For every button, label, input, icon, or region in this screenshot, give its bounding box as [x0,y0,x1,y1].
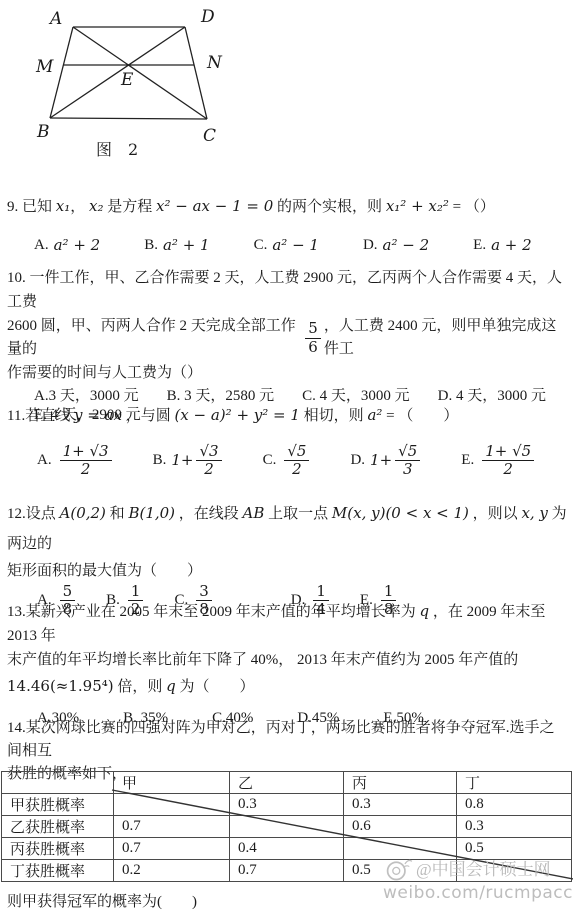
trapezoid-svg: A D M N E B C 图 2 [22,2,237,160]
vertex-label-a: A [48,9,62,29]
q11-option-a: A.1+ √32 [37,443,115,479]
q11-option-c: C.√52 [263,443,313,479]
row-label: 丁获胜概率 [2,860,114,882]
header-empty [2,772,114,794]
q11-option-d: D.1+√53 [350,443,423,479]
q9-option-a: A.a² + 2 [34,234,100,257]
weibo-watermark: @中国会计硕士网 weibo.com/rucmpacc [383,857,573,903]
q14-line1: 14.某次网球比赛的四强对阵为甲对乙，丙对丁，两场比赛的胜者将争夺冠军.选手之间… [7,717,567,763]
question-9: 9. 已知 x₁， x₂ 是方程 x² − ax − 1 = 0 的两个实根，则… [7,195,567,257]
exam-page: { "colors": {"ink": "#1b1b1b", "watermar… [0,0,573,919]
q9-stem: 9. 已知 x₁， x₂ 是方程 x² − ax − 1 = 0 的两个实根，则… [7,195,567,219]
vertex-label-n: N [206,53,223,73]
vertex-label-d: D [200,7,215,27]
diagonal-bd [50,27,185,118]
q13-line3: 14.46(≈1.95⁴) 倍，则 q 为（ ） [7,672,567,701]
q9-options: A.a² + 2 B.a² + 1 C.a² − 1 D.a² − 2 E.a … [7,234,567,257]
vertex-label-c: C [203,126,216,146]
question-13: 13.某新兴产业在 2005 年末至 2009 年末产值的年平均增长率为 q ，… [7,599,567,728]
row-label: 丙获胜概率 [2,838,114,860]
diagonal-ac [73,27,207,119]
vertex-label-m: M [35,57,54,77]
q13-line2: 末产值的年平均增长率比前年下降了 40%， 2013 年末产值约为 2005 年… [7,648,567,672]
q9-option-d: D.a² − 2 [363,234,429,257]
header-ding: 丁 [457,772,572,794]
q11-option-b: B.1+√32 [153,443,225,479]
header-jia: 甲 [114,772,230,794]
q9-option-b: B.a² + 1 [144,234,209,257]
header-bing: 丙 [344,772,457,794]
q10-line1: 10. 一件工作，甲、乙合作需要 2 天，人工费 2900 元，乙丙两个人合作需… [7,266,567,314]
q12-stem-line2: 矩形面积的最大值为（ ） [7,559,567,583]
figure-2-diagram: A D M N E B C 图 2 [22,2,237,160]
q11-option-e: E.1+ √52 [461,443,537,479]
side-bc [50,118,207,119]
q11-options: A.1+ √32 B.1+√32 C.√52 D.1+√53 E.1+ √52 [7,443,567,479]
header-yi: 乙 [230,772,344,794]
vertex-label-b: B [36,122,50,142]
q14-footer: 则甲获得冠军的概率为( ) [7,891,197,914]
row-label: 甲获胜概率 [2,794,114,816]
q11-stem: 11.若直线 y = ax ，与圆 (x − a)² + y² = 1 相切，则… [7,400,567,431]
table-header-row: 甲 乙 丙 丁 [2,772,572,794]
q10-line2: 2600 圆，甲、丙两人合作 2 天完成全部工作量的 5 6 ，人工费 2400… [7,314,567,362]
q12-stem-line1: 12.设点 A(0,2) 和 B(1,0) ，在线段 AB 上取一点 M(x, … [7,498,567,559]
watermark-handle: @中国会计硕士网 [416,859,551,881]
side-dc [185,27,207,119]
figure-caption: 图 2 [96,140,138,159]
q9-option-c: C.a² − 1 [254,234,319,257]
table-row: 乙获胜概率 0.7 0.6 0.3 [2,816,572,838]
q10-line3: 作需要的时间与人工费为（） [7,362,567,384]
watermark-url: weibo.com/rucmpacc [383,883,573,903]
q9-option-e: E.a + 2 [473,234,532,257]
weibo-logo-icon [383,857,413,883]
question-11: 11.若直线 y = ax ，与圆 (x − a)² + y² = 1 相切，则… [7,400,567,479]
row-label: 乙获胜概率 [2,816,114,838]
q13-line1: 13.某新兴产业在 2005 年末至 2009 年末产值的年平均增长率为 q ，… [7,599,567,648]
table-row: 甲获胜概率 0.3 0.3 0.8 [2,794,572,816]
vertex-label-e: E [120,70,134,90]
q10-fraction: 5 6 [305,320,321,356]
